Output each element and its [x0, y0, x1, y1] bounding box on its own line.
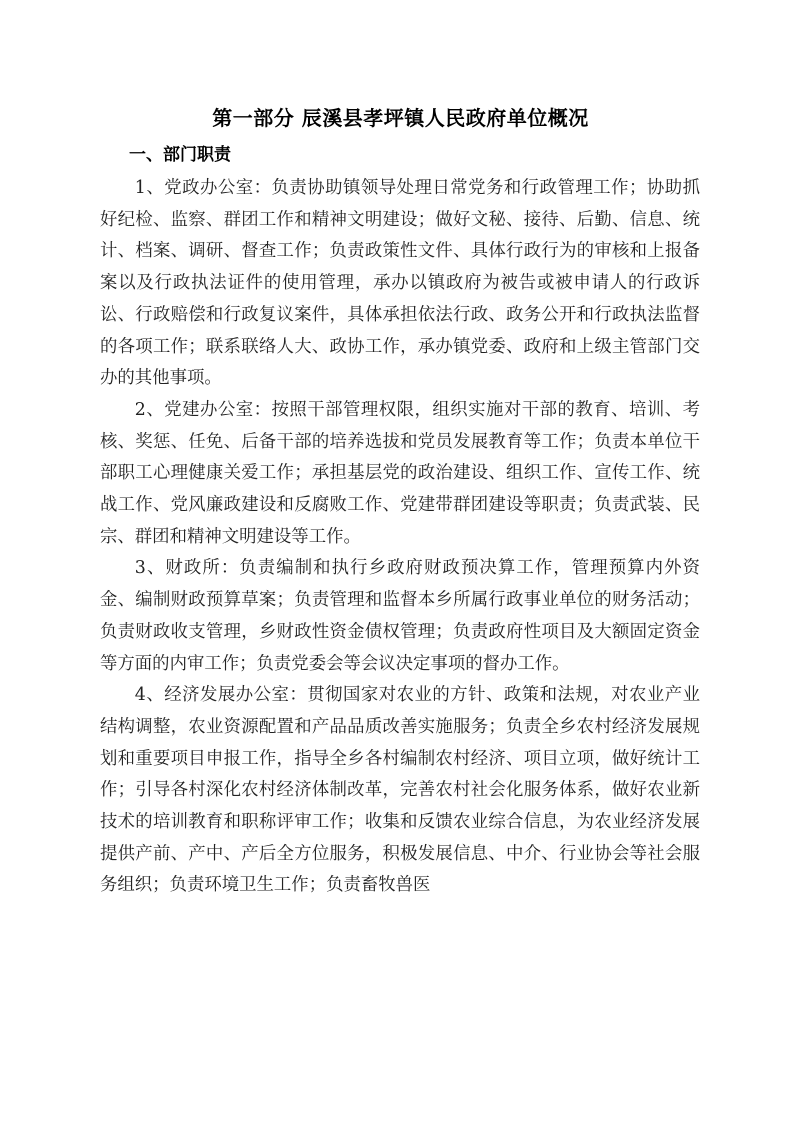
- document-body: 1、党政办公室：负责协助镇领导处理日常党务和行政管理工作；协助抓好纪检、监察、群…: [100, 173, 700, 902]
- paragraph-economic-development-office: 4、经济发展办公室：贯彻国家对农业的方针、政策和法规，对农业产业结构调整，农业资…: [100, 680, 700, 902]
- section-heading: 一、部门职责: [129, 142, 231, 168]
- paragraph-party-building-office: 2、党建办公室：按照干部管理权限，组织实施对干部的教育、培训、考核、奖惩、任免、…: [100, 395, 700, 554]
- paragraph-party-admin-office: 1、党政办公室：负责协助镇领导处理日常党务和行政管理工作；协助抓好纪检、监察、群…: [100, 173, 700, 395]
- document-title: 第一部分 辰溪县孝坪镇人民政府单位概况: [0, 104, 793, 132]
- paragraph-finance-office: 3、财政所：负责编制和执行乡政府财政预决算工作，管理预算内外资金、编制财政预算草…: [100, 553, 700, 680]
- document-page: 第一部分 辰溪县孝坪镇人民政府单位概况 一、部门职责 1、党政办公室：负责协助镇…: [0, 0, 793, 1122]
